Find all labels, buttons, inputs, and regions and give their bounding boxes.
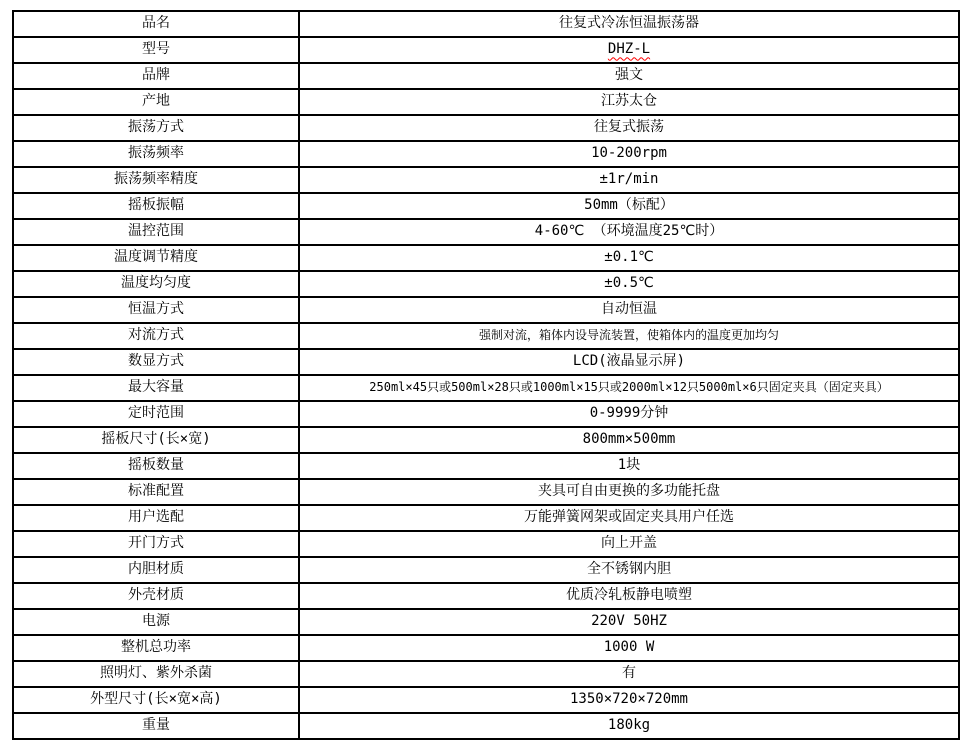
table-row: 型号DHZ-L bbox=[13, 37, 959, 63]
table-row: 振荡频率10-200rpm bbox=[13, 141, 959, 167]
spec-value: 有 bbox=[299, 661, 959, 687]
spec-value: 优质冷轧板静电喷塑 bbox=[299, 583, 959, 609]
spec-label: 照明灯、紫外杀菌 bbox=[13, 661, 299, 687]
spec-value: 往复式振荡 bbox=[299, 115, 959, 141]
table-row: 摇板尺寸(长×宽)800mm×500mm bbox=[13, 427, 959, 453]
table-row: 定时范围0-9999分钟 bbox=[13, 401, 959, 427]
spellchecked-text: DHZ-L bbox=[608, 41, 650, 57]
spec-label: 摇板尺寸(长×宽) bbox=[13, 427, 299, 453]
table-row: 照明灯、紫外杀菌有 bbox=[13, 661, 959, 687]
spec-label: 品牌 bbox=[13, 63, 299, 89]
table-row: 整机总功率1000 W bbox=[13, 635, 959, 661]
spec-label: 标准配置 bbox=[13, 479, 299, 505]
spec-label: 重量 bbox=[13, 713, 299, 739]
spec-label: 摇板振幅 bbox=[13, 193, 299, 219]
spec-label: 最大容量 bbox=[13, 375, 299, 401]
spec-value: 1000 W bbox=[299, 635, 959, 661]
spec-table-body: 品名往复式冷冻恒温振荡器型号DHZ-L品牌强文产地江苏太仓振荡方式往复式振荡振荡… bbox=[13, 11, 959, 739]
table-row: 标准配置夹具可自由更换的多功能托盘 bbox=[13, 479, 959, 505]
spec-value: 800mm×500mm bbox=[299, 427, 959, 453]
table-row: 品牌强文 bbox=[13, 63, 959, 89]
table-row: 温控范围4-60℃ （环境温度25℃时） bbox=[13, 219, 959, 245]
spec-value: 强文 bbox=[299, 63, 959, 89]
spec-label: 品名 bbox=[13, 11, 299, 37]
table-row: 温度均匀度±0.5℃ bbox=[13, 271, 959, 297]
table-row: 最大容量250ml×45只或500ml×28只或1000ml×15只或2000m… bbox=[13, 375, 959, 401]
table-row: 品名往复式冷冻恒温振荡器 bbox=[13, 11, 959, 37]
spec-label: 振荡频率 bbox=[13, 141, 299, 167]
spec-value: 强制对流，箱体内设导流装置，使箱体内的温度更加均匀 bbox=[299, 323, 959, 349]
table-row: 重量180kg bbox=[13, 713, 959, 739]
table-row: 振荡频率精度±1r/min bbox=[13, 167, 959, 193]
spec-value: ±1r/min bbox=[299, 167, 959, 193]
spec-value: 1块 bbox=[299, 453, 959, 479]
spec-value: 0-9999分钟 bbox=[299, 401, 959, 427]
spec-label: 整机总功率 bbox=[13, 635, 299, 661]
spec-value: 1350×720×720mm bbox=[299, 687, 959, 713]
table-row: 外型尺寸(长×宽×高)1350×720×720mm bbox=[13, 687, 959, 713]
spec-value: DHZ-L bbox=[299, 37, 959, 63]
spec-label: 用户选配 bbox=[13, 505, 299, 531]
spec-label: 内胆材质 bbox=[13, 557, 299, 583]
spec-label: 恒温方式 bbox=[13, 297, 299, 323]
spec-value: 夹具可自由更换的多功能托盘 bbox=[299, 479, 959, 505]
spec-label: 温控范围 bbox=[13, 219, 299, 245]
table-row: 开门方式向上开盖 bbox=[13, 531, 959, 557]
spec-value: 10-200rpm bbox=[299, 141, 959, 167]
spec-value: 万能弹簧网架或固定夹具用户任选 bbox=[299, 505, 959, 531]
spec-label: 振荡频率精度 bbox=[13, 167, 299, 193]
spec-label: 外型尺寸(长×宽×高) bbox=[13, 687, 299, 713]
table-row: 振荡方式往复式振荡 bbox=[13, 115, 959, 141]
spec-value: 50mm（标配） bbox=[299, 193, 959, 219]
table-row: 摇板数量1块 bbox=[13, 453, 959, 479]
table-row: 内胆材质全不锈钢内胆 bbox=[13, 557, 959, 583]
spec-label: 电源 bbox=[13, 609, 299, 635]
spec-value: 全不锈钢内胆 bbox=[299, 557, 959, 583]
table-row: 对流方式强制对流，箱体内设导流装置，使箱体内的温度更加均匀 bbox=[13, 323, 959, 349]
spec-label: 产地 bbox=[13, 89, 299, 115]
spec-value: ±0.5℃ bbox=[299, 271, 959, 297]
spec-label: 振荡方式 bbox=[13, 115, 299, 141]
spec-value: ±0.1℃ bbox=[299, 245, 959, 271]
table-row: 数显方式LCD(液晶显示屏) bbox=[13, 349, 959, 375]
spec-value: 220V 50HZ bbox=[299, 609, 959, 635]
spec-table: 品名往复式冷冻恒温振荡器型号DHZ-L品牌强文产地江苏太仓振荡方式往复式振荡振荡… bbox=[12, 10, 960, 740]
table-row: 产地江苏太仓 bbox=[13, 89, 959, 115]
spec-value: 江苏太仓 bbox=[299, 89, 959, 115]
table-row: 电源220V 50HZ bbox=[13, 609, 959, 635]
table-row: 温度调节精度±0.1℃ bbox=[13, 245, 959, 271]
spec-value: 250ml×45只或500ml×28只或1000ml×15只或2000ml×12… bbox=[299, 375, 959, 401]
spec-label: 外壳材质 bbox=[13, 583, 299, 609]
spec-label: 数显方式 bbox=[13, 349, 299, 375]
spec-value: LCD(液晶显示屏) bbox=[299, 349, 959, 375]
spec-label: 摇板数量 bbox=[13, 453, 299, 479]
spec-label: 型号 bbox=[13, 37, 299, 63]
spec-value: 自动恒温 bbox=[299, 297, 959, 323]
spec-label: 定时范围 bbox=[13, 401, 299, 427]
table-row: 恒温方式自动恒温 bbox=[13, 297, 959, 323]
spec-label: 开门方式 bbox=[13, 531, 299, 557]
spec-value: 向上开盖 bbox=[299, 531, 959, 557]
spec-label: 对流方式 bbox=[13, 323, 299, 349]
spec-value: 4-60℃ （环境温度25℃时） bbox=[299, 219, 959, 245]
spec-sheet: 品名往复式冷冻恒温振荡器型号DHZ-L品牌强文产地江苏太仓振荡方式往复式振荡振荡… bbox=[0, 0, 970, 750]
table-row: 外壳材质优质冷轧板静电喷塑 bbox=[13, 583, 959, 609]
table-row: 摇板振幅50mm（标配） bbox=[13, 193, 959, 219]
spec-value: 180kg bbox=[299, 713, 959, 739]
spec-label: 温度调节精度 bbox=[13, 245, 299, 271]
spec-value: 往复式冷冻恒温振荡器 bbox=[299, 11, 959, 37]
spec-label: 温度均匀度 bbox=[13, 271, 299, 297]
table-row: 用户选配万能弹簧网架或固定夹具用户任选 bbox=[13, 505, 959, 531]
